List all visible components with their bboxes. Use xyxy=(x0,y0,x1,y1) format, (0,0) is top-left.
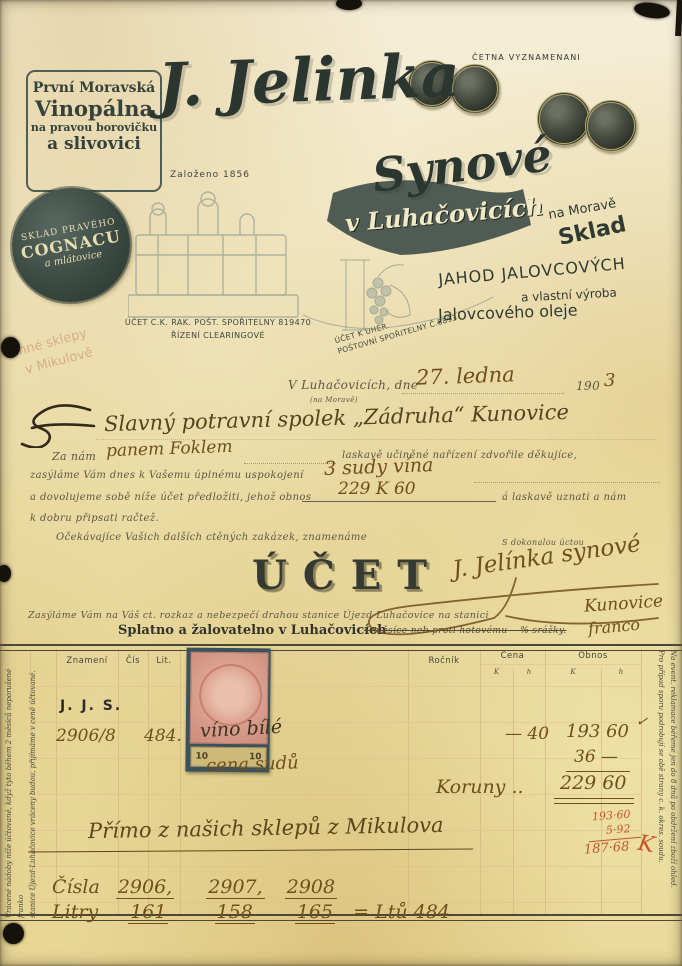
row-amount-handwritten: 36 — xyxy=(574,747,618,767)
dateline-year-handwritten: 3 xyxy=(604,370,615,391)
table-grid-line xyxy=(180,649,181,914)
punch-hole xyxy=(0,565,11,582)
founded-text: Založeno 1856 xyxy=(170,170,250,180)
medal-icon xyxy=(585,100,637,152)
left-margin-conditions: Vrácené nádoby níže účtované, když tyto … xyxy=(4,650,40,918)
dateline-handwritten-date: 27. ledna xyxy=(416,362,515,389)
scanned-invoice-document: První Moravská Vinopálna na pravou borov… xyxy=(0,0,682,966)
margin-text-line: stanice Újezd-Luhačovice vráceny budou, … xyxy=(28,650,40,918)
footer-number: 2907, xyxy=(206,876,264,899)
dateline-year-printed: 190 xyxy=(576,379,600,393)
company-name-script: J. Jelinka xyxy=(157,41,461,121)
margin-text-line: Vrácené nádoby níže účtované, když tyto … xyxy=(4,650,28,918)
cognac-seal: SKLAD PRAVÉHO COGNACU a mlátovice xyxy=(3,179,139,312)
signature-flourish xyxy=(356,572,666,636)
row-description-handwritten: víno bílé xyxy=(199,716,282,742)
footer-number: 2906, xyxy=(116,876,174,899)
footer-litres-line: Litry 161 158 165 = Ltů 484 xyxy=(52,901,450,923)
salutation-flourish xyxy=(20,402,102,448)
col-subheader-h: h xyxy=(601,668,641,676)
footer-label: Litry xyxy=(52,901,98,923)
body-handwritten: panem Foklem xyxy=(106,437,233,461)
col-subheader-k: K xyxy=(545,668,601,676)
row-price-handwritten: — 40 xyxy=(505,724,549,744)
table-grid-line xyxy=(30,866,641,867)
body-printed: zasýláme Vám dnes k Vašemu úplnému uspok… xyxy=(30,470,304,481)
table-grid-line xyxy=(148,649,149,914)
footer-number: 165 xyxy=(295,901,335,924)
table-grid-line xyxy=(30,686,641,687)
body-printed: Za nám xyxy=(52,450,96,463)
col-header-rocnik: Ročník xyxy=(408,656,480,666)
col-header-cis: Čís xyxy=(118,656,148,666)
margin-text-line: Pro případ sporu podrobují se obě strany… xyxy=(654,650,666,918)
awards-caption: ČETNA VYZNAMENANI xyxy=(472,53,581,62)
body-printed: á laskavě uznati a nám xyxy=(502,492,627,503)
table-grid-line xyxy=(545,649,546,914)
consignment-mark: J. J. S. xyxy=(60,698,122,714)
body-printed: Očekávajíce Vašich dalších ctěných zakáz… xyxy=(56,532,367,543)
table-grid-line xyxy=(56,649,57,914)
dotted-rule xyxy=(474,481,660,483)
row-amount-handwritten: 193 60 xyxy=(566,721,629,742)
punch-hole xyxy=(3,923,24,944)
row-litres-handwritten: 484. xyxy=(144,726,182,746)
body-printed: k dobru připsati račtež. xyxy=(30,513,159,524)
row-znameni-handwritten: 2906/8 xyxy=(56,726,116,746)
letterhead-box-line: a slivovici xyxy=(28,134,160,154)
punch-hole xyxy=(1,337,20,358)
table-grid-line xyxy=(641,649,642,914)
red-calc-value: 193·60 xyxy=(592,808,631,824)
scan-edge-mark xyxy=(675,0,682,36)
letterhead-box-line: na pravou borovičku xyxy=(28,121,160,134)
checkmark: ✓ xyxy=(635,713,649,731)
letterhead-box-line: Vinopálna xyxy=(28,96,160,121)
footer-number: 161 xyxy=(128,901,168,924)
underline-rule xyxy=(302,501,496,502)
total-amount-handwritten: 229 60 xyxy=(560,772,626,794)
letterhead-box-line: První Moravská xyxy=(28,80,160,96)
letterhead-box: První Moravská Vinopálna na pravou borov… xyxy=(26,70,162,192)
dotted-rule xyxy=(402,392,564,394)
col-header-znameni: Znamení xyxy=(56,656,118,666)
col-subheader-k: K xyxy=(480,668,513,676)
col-header-lit: Lit. xyxy=(148,656,180,666)
right-margin-conditions: Na event. reklamace béřeme jen do 8 dnů … xyxy=(654,650,678,918)
red-calc-result: 187·68 xyxy=(584,839,630,857)
table-grid-line xyxy=(480,664,641,665)
col-header-obnos: Obnos xyxy=(545,651,641,661)
red-calc-value: 5·92 xyxy=(606,822,631,837)
table-grid-line xyxy=(118,649,119,914)
body-printed: a dovolujeme sobě níže účet předložiti, … xyxy=(30,492,311,503)
dateline-printed: V Luhačovicích, dne xyxy=(288,378,418,392)
dotted-rule xyxy=(244,462,336,464)
margin-text-line: Na event. reklamace béřeme jen do 8 dnů … xyxy=(666,650,678,918)
footer-number: 2908 xyxy=(285,876,337,899)
footer-numbers-line: Čísla 2906, 2907, 2908 xyxy=(52,876,337,898)
table-grid-line xyxy=(30,758,641,759)
footer-label: Čísla xyxy=(52,876,100,898)
dateline-subnote: (na Moravě) xyxy=(310,396,358,404)
double-underline xyxy=(554,798,634,804)
table-grid-line xyxy=(30,722,641,723)
note-underline xyxy=(28,848,473,852)
recipient-handwritten: Slavný potravní spolek „Zádruha“ Kunovic… xyxy=(104,400,569,436)
col-subheader-h: h xyxy=(513,668,545,676)
total-label-handwritten: Koruny .. xyxy=(436,776,524,798)
table-grid-line xyxy=(30,794,641,795)
body-handwritten: 3 sudy vína xyxy=(324,454,434,480)
terms-bold: Splatno a žalovatelno v Luhačovicích xyxy=(118,623,387,638)
scan-blot xyxy=(633,1,671,21)
footer-sum: = Ltů 484 xyxy=(353,901,450,923)
body-handwritten-amount: 229 K 60 xyxy=(338,479,416,499)
col-header-cena: Cena xyxy=(480,651,545,661)
note-handwritten: Přímo z našich sklepů z Mikulova xyxy=(88,813,444,843)
table-grid-line xyxy=(408,649,409,914)
footer-number: 158 xyxy=(215,901,255,924)
scan-blot xyxy=(336,0,362,10)
row-description-handwritten: cena sudů xyxy=(206,752,299,776)
table-top-rule xyxy=(0,644,682,651)
